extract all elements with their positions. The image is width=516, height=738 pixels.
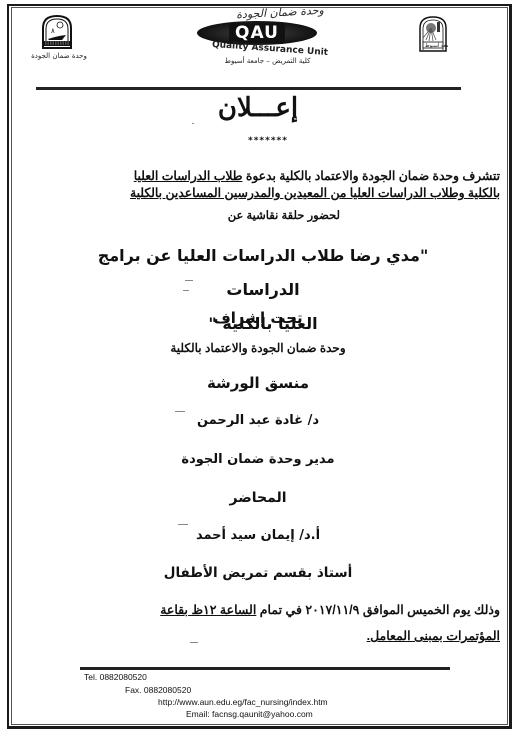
invite-line: لحضور حلقة نقاشية عن — [200, 208, 340, 222]
qau-subtitle: كلية التمريض – جامعة أسيوط — [210, 57, 325, 65]
svg-text:جامعة أسيوط: جامعة أسيوط — [425, 42, 448, 49]
footer-fax: Fax. 0882080520 — [125, 685, 191, 695]
time-venue-underlined-1: الساعة ١٢ظ بقاعة — [160, 603, 256, 617]
left-logo-caption: وحدة ضمان الجودة — [28, 52, 90, 60]
scan-speck — [175, 411, 185, 412]
time-venue-underlined-2: المؤتمرات بمبنى المعامل. — [367, 629, 500, 643]
topic-line-1: "مدي رضا طلاب الدراسات العليا عن برامج ا… — [70, 239, 456, 307]
date-text: وذلك يوم الخميس الموافق ٢٠١٧/١١/٩ في تما… — [256, 603, 500, 617]
lecturer-name: أ.د/ إيمان سيد أحمد — [0, 528, 516, 543]
scan-speck — [190, 642, 198, 643]
assiut-university-logo-icon: جامعة أسيوط — [418, 16, 448, 52]
coordinator-label: منسق الورشة — [0, 374, 516, 392]
lecturer-role: أستاذ بقسم تمريض الأطفال — [0, 565, 516, 581]
faculty-of-nursing-logo-icon: ٨ — [40, 14, 74, 50]
header-divider — [36, 87, 461, 90]
scan-speck — [192, 123, 194, 124]
footer-divider — [80, 667, 450, 670]
scan-speck — [185, 280, 193, 281]
qau-acronym: QAU — [229, 23, 285, 43]
supervision-value: وحدة ضمان الجودة والاعتماد بالكلية — [0, 341, 516, 355]
footer-tel: Tel. 0882080520 — [84, 672, 147, 682]
stars-separator: ******* — [0, 136, 516, 146]
supervision-label: تحت إشراف — [0, 309, 516, 327]
scan-speck — [183, 290, 189, 291]
intro-paragraph: تتشرف وحدة ضمان الجودة والاعتماد بالكلية… — [80, 168, 500, 202]
svg-text:٨: ٨ — [51, 27, 55, 35]
lecturer-label: المحاضر — [0, 490, 516, 506]
intro-text: تتشرف وحدة ضمان الجودة والاعتماد بالكلية… — [242, 169, 500, 183]
announcement-title: إعـــلان — [0, 93, 516, 123]
coordinator-name: د/ غادة عبد الرحمن — [0, 413, 516, 428]
footer-website-link[interactable]: http://www.aun.edu.eg/fac_nursing/index.… — [158, 697, 328, 707]
date-time-paragraph: وذلك يوم الخميس الموافق ٢٠١٧/١١/٩ في تما… — [78, 597, 500, 649]
intro-underlined-2: بالكلية وطلاب الدراسات العليا من المعيدي… — [130, 186, 500, 200]
scan-speck — [178, 524, 188, 525]
intro-underlined-1: طلاب الدراسات العليا — [134, 169, 243, 183]
coordinator-role: مدير وحدة ضمان الجودة — [0, 452, 516, 467]
footer-email-link[interactable]: Email: facnsg.qaunit@yahoo.com — [186, 709, 313, 719]
